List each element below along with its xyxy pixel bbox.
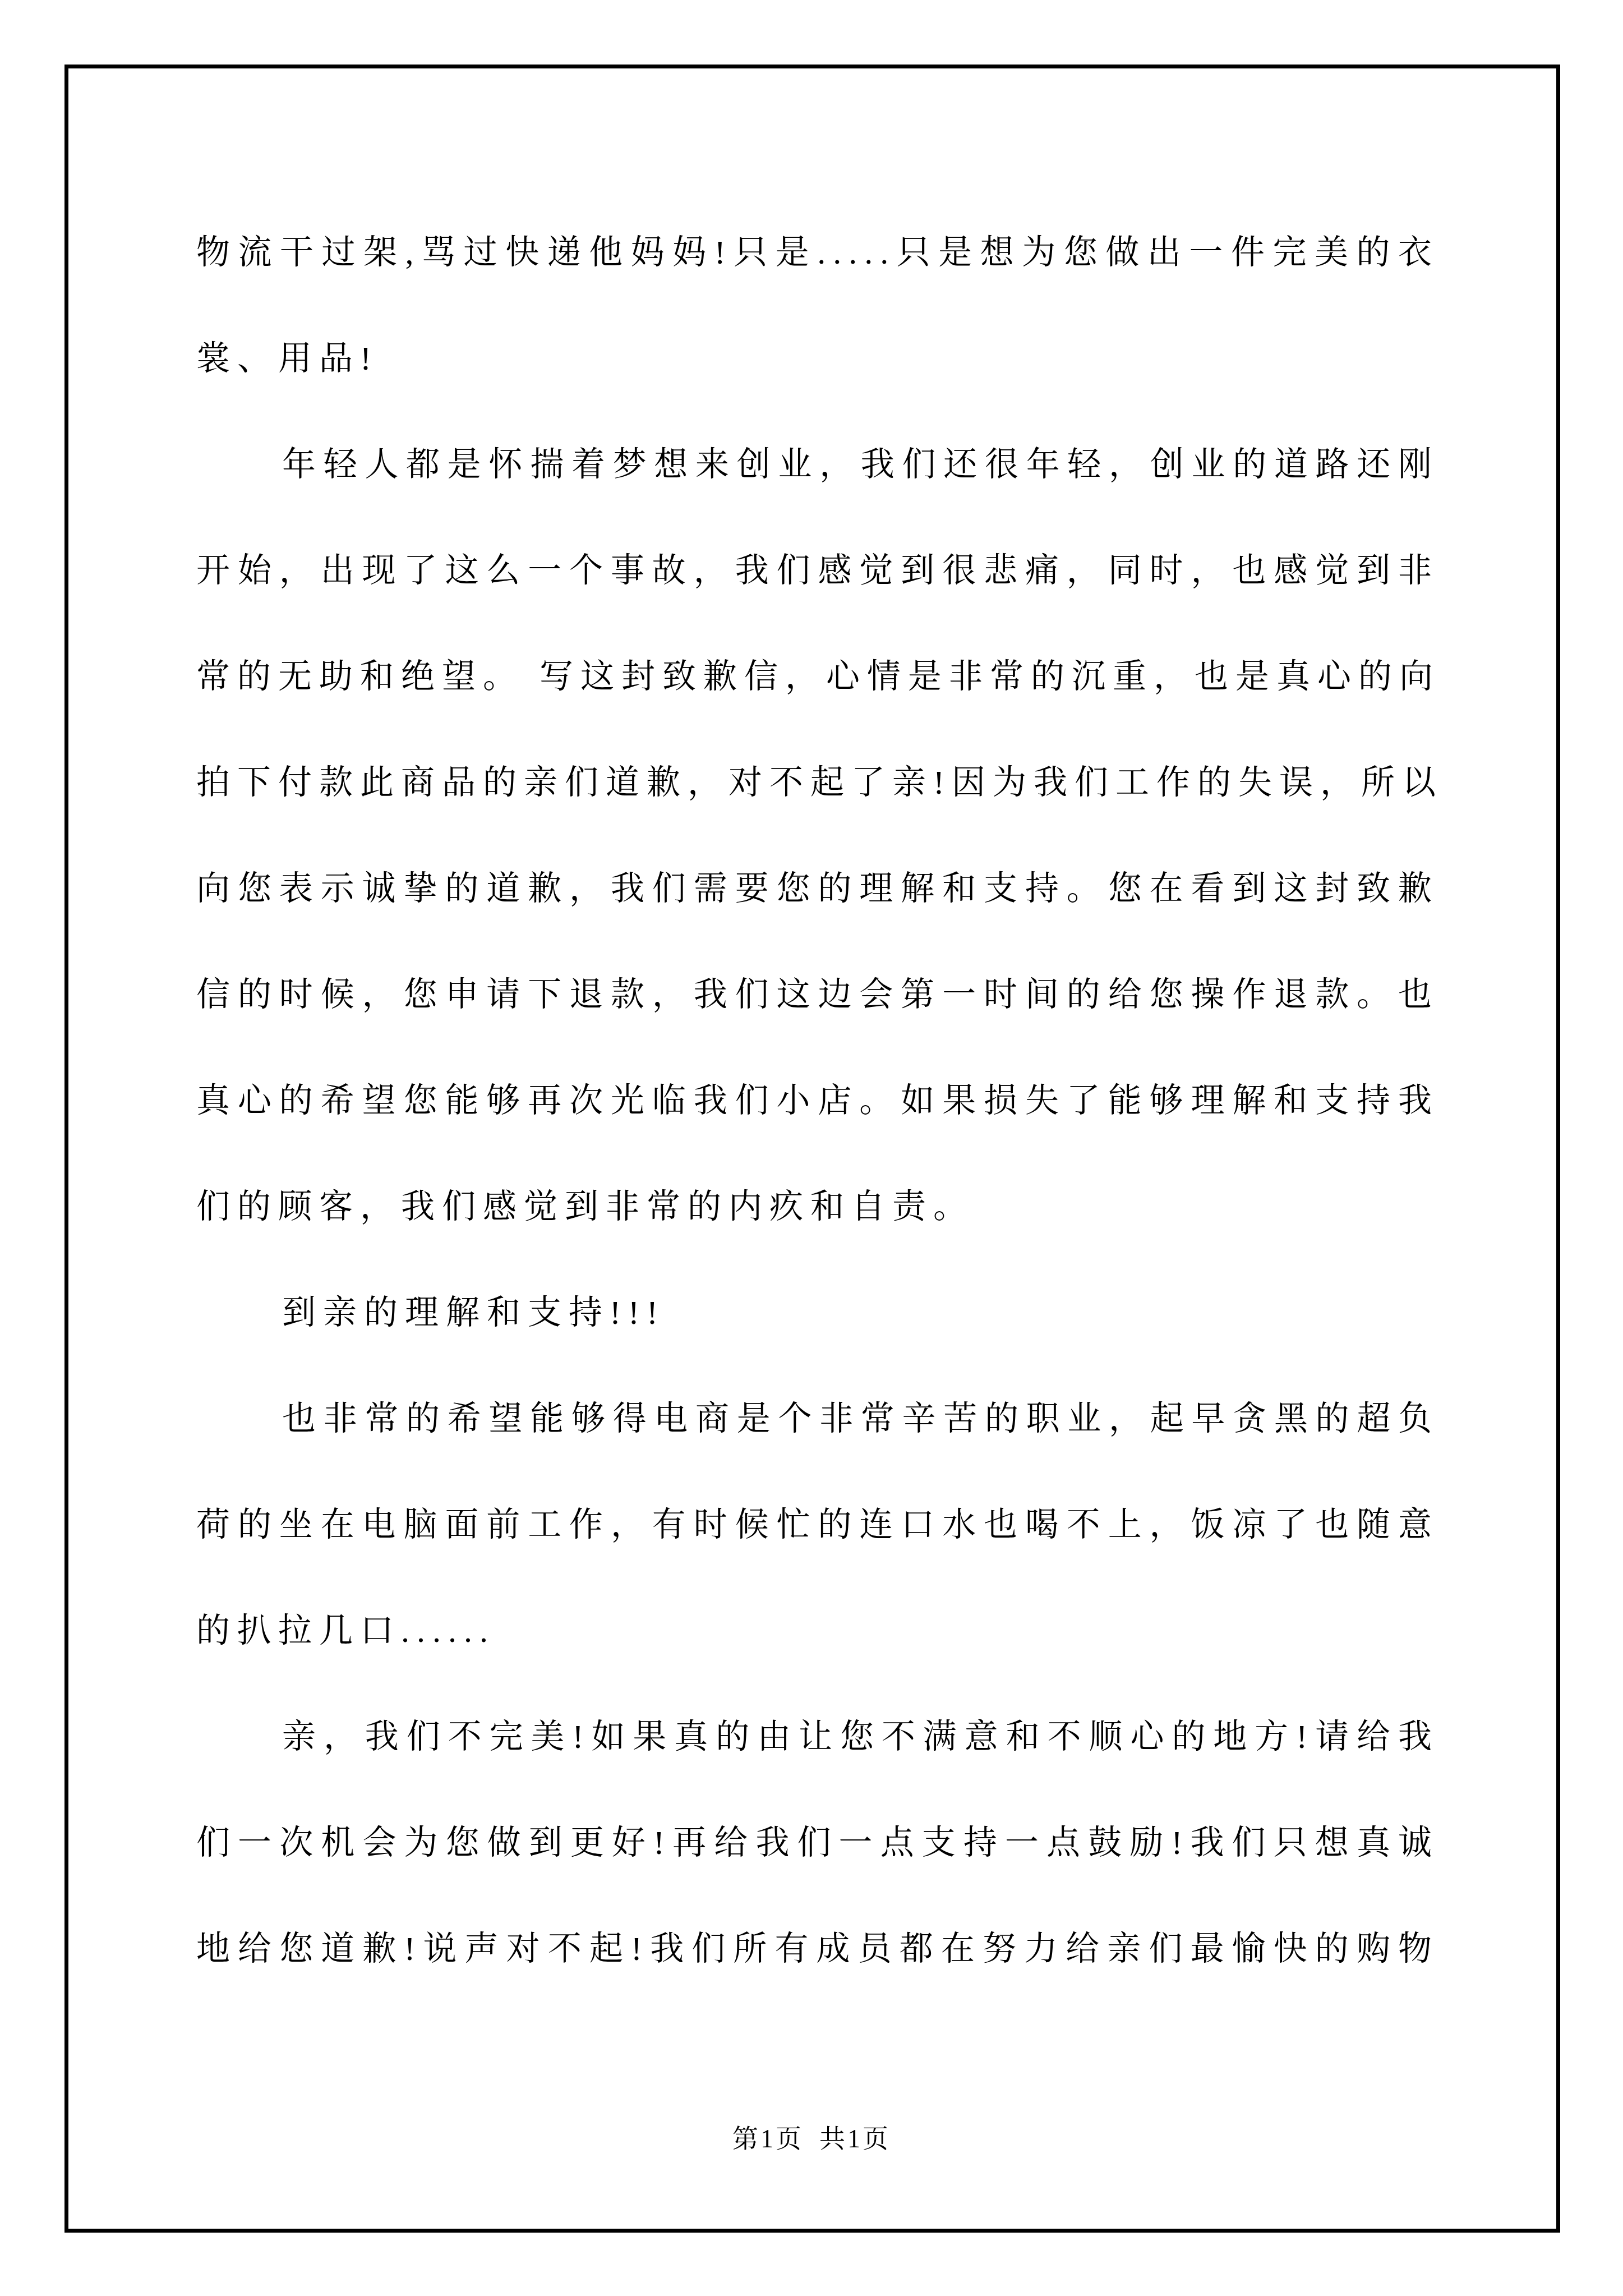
text-line: 裳、用品! [196, 306, 1439, 412]
document-page: 物流干过架,骂过快递他妈妈!只是.....只是想为您做出一件完美的衣裳、用品!年… [0, 0, 1623, 2296]
text-line: 地给您道歉!说声对不起!我们所有成员都在努力给亲们最愉快的购物 [196, 1896, 1439, 2002]
text-line: 也非常的希望能够得电商是个非常辛苦的职业，起早贪黑的超负 [196, 1366, 1439, 1472]
text-line: 开始，出现了这么一个事故，我们感觉到很悲痛，同时，也感觉到非 [196, 518, 1439, 624]
text-line: 向您表示诚挚的道歉，我们需要您的理解和支持。您在看到这封致歉 [196, 836, 1439, 942]
text-line: 们的顾客，我们感觉到非常的内疚和自责。 [196, 1154, 1439, 1260]
text-line: 物流干过架,骂过快递他妈妈!只是.....只是想为您做出一件完美的衣 [196, 200, 1439, 306]
page-total-label: 共1页 [819, 2124, 891, 2153]
text-line: 亲，我们不完美!如果真的由让您不满意和不顺心的地方!请给我 [196, 1684, 1439, 1790]
text-line: 年轻人都是怀揣着梦想来创业，我们还很年轻，创业的道路还刚 [196, 412, 1439, 518]
text-line: 们一次机会为您做到更好!再给我们一点支持一点鼓励!我们只想真诚 [196, 1790, 1439, 1896]
text-line: 的扒拉几口...... [196, 1578, 1439, 1684]
text-line: 到亲的理解和支持!!! [196, 1260, 1439, 1366]
text-line: 拍下付款此商品的亲们道歉，对不起了亲!因为我们工作的失误，所以 [196, 730, 1439, 836]
text-line: 真心的希望您能够再次光临我们小店。如果损失了能够理解和支持我 [196, 1048, 1439, 1154]
letter-body: 物流干过架,骂过快递他妈妈!只是.....只是想为您做出一件完美的衣裳、用品!年… [196, 200, 1439, 2002]
text-line: 常的无助和绝望。 写这封致歉信，心情是非常的沉重，也是真心的向 [196, 624, 1439, 730]
text-line: 信的时候，您申请下退款，我们这边会第一时间的给您操作退款。也 [196, 942, 1439, 1048]
text-line: 荷的坐在电脑面前工作，有时候忙的连口水也喝不上，饭凉了也随意 [196, 1472, 1439, 1578]
page-footer: 第1页共1页 [0, 2119, 1623, 2159]
page-number-label: 第1页 [732, 2124, 804, 2153]
